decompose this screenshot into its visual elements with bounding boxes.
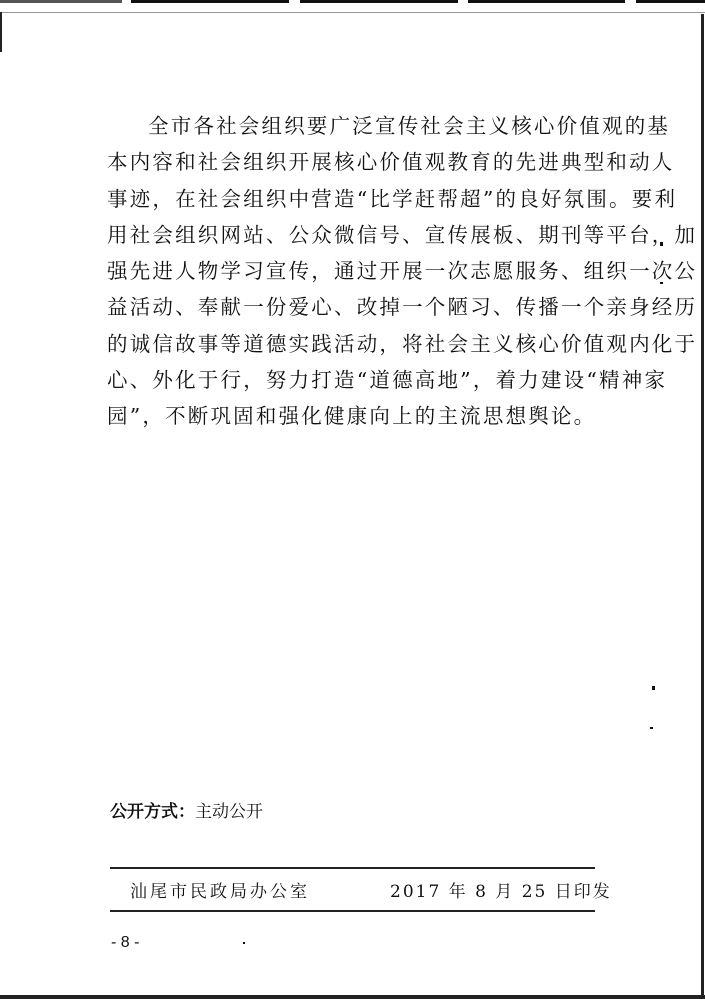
disclosure-method: 公开方式：主动公开 xyxy=(110,797,263,822)
scan-speck xyxy=(660,242,663,246)
scan-edge-top-2 xyxy=(131,0,289,3)
scan-frame-bottom xyxy=(0,995,705,999)
scan-frame-right xyxy=(701,14,704,996)
body-line: 用社会组织网站、公众微信号、宣传展板、期刊等平台，加 xyxy=(107,217,617,253)
scan-speck xyxy=(243,942,245,944)
scan-edge-top-5 xyxy=(636,0,705,3)
body-line: 强先进人物学习宣传，通过开展一次志愿服务、组织一次公 xyxy=(107,253,617,289)
body-paragraph: 全市各社会组织要广泛宣传社会主义核心价值观的基 本内容和社会组织开展核心价值观教… xyxy=(107,108,617,435)
scan-edge-top-4 xyxy=(468,0,625,3)
scan-speck xyxy=(652,686,655,690)
disclosure-label: 公开方式： xyxy=(110,802,195,822)
scan-edge-top-3 xyxy=(300,0,458,3)
body-line: 本内容和社会组织开展核心价值观教育的先进典型和动人 xyxy=(107,144,617,180)
scan-edge-top-1 xyxy=(0,0,122,3)
body-line: 园”，不断巩固和强化健康向上的主流思想舆论。 xyxy=(107,398,617,434)
issuing-office: 汕尾市民政局办公室 xyxy=(130,877,310,902)
scan-speck xyxy=(650,727,653,729)
scan-speck xyxy=(660,282,663,284)
body-line: 心、外化于行，努力打造“道德高地”，着力建设“精神家 xyxy=(107,362,617,398)
issue-date: 2017 年 8 月 25 日印发 xyxy=(390,877,612,902)
scan-frame-left xyxy=(0,12,2,52)
footer-rule-bottom xyxy=(110,910,595,912)
body-line: 益活动、奉献一份爱心、改掉一个陋习、传播一个亲身经历 xyxy=(107,289,617,325)
page-number: - 8 - xyxy=(111,934,139,952)
disclosure-value: 主动公开 xyxy=(195,802,263,822)
body-line: 事迹，在社会组织中营造“比学赶帮超”的良好氛围。要利 xyxy=(107,181,617,217)
scan-frame-top xyxy=(0,12,705,13)
body-line: 的诚信故事等道德实践活动，将社会主义核心价值观内化于 xyxy=(107,326,617,362)
footer-rule-top xyxy=(110,867,595,869)
body-line: 全市各社会组织要广泛宣传社会主义核心价值观的基 xyxy=(107,108,617,144)
